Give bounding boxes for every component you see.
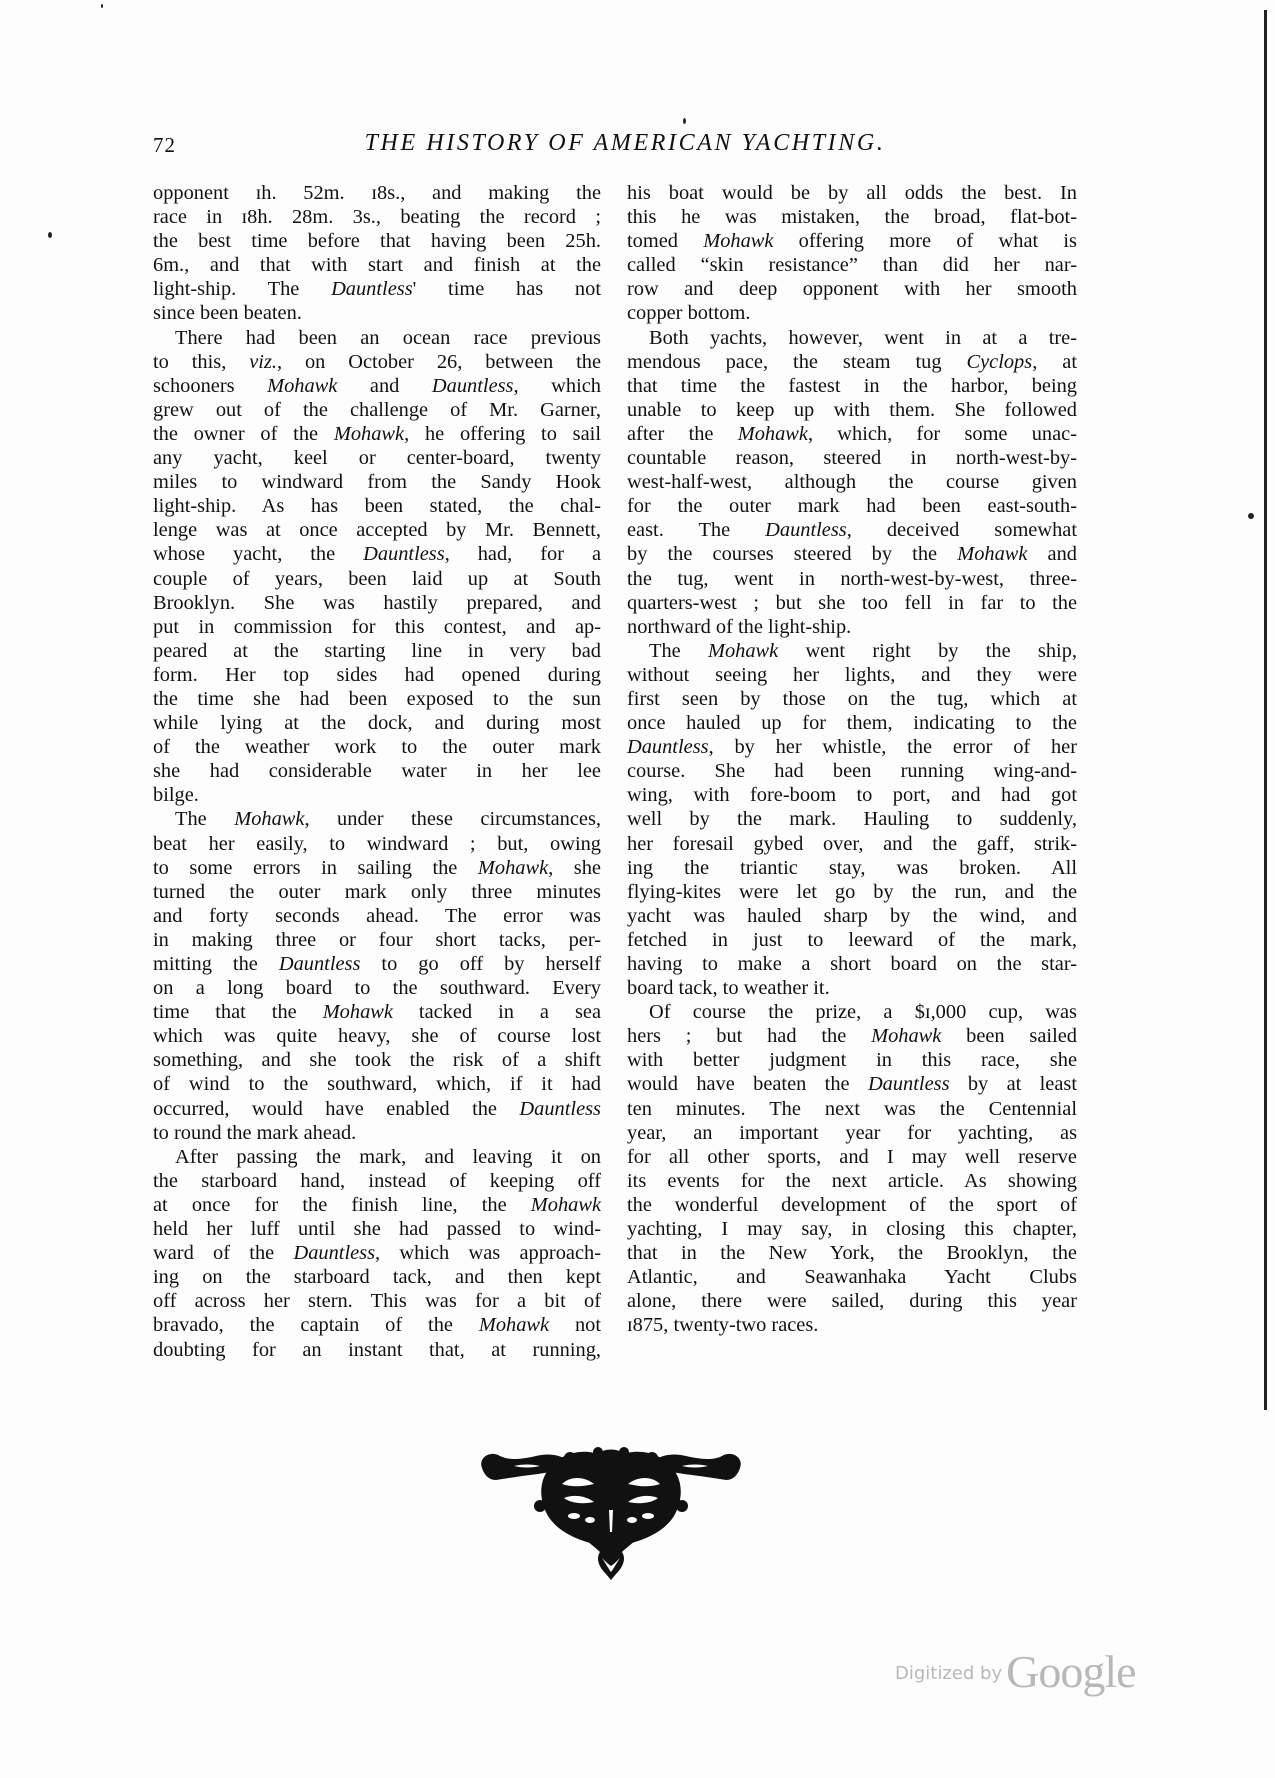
text-line: northward of the light-ship. <box>627 615 1077 639</box>
text-line: on a long board to the southward. Every <box>153 976 601 1000</box>
text-line: held her luff until she had passed to wi… <box>153 1217 601 1241</box>
text-line: with better judgment in this race, she <box>627 1048 1077 1072</box>
text-line: After passing the mark, and leaving it o… <box>153 1145 601 1169</box>
text-line: doubting for an instant that, at running… <box>153 1338 601 1362</box>
italic-name: Mohawk <box>323 1001 393 1023</box>
text-line: Dauntless, by her whistle, the error of … <box>627 735 1077 759</box>
text-line: wing, with fore-boom to port, and had go… <box>627 783 1077 807</box>
text-line: the time she had been exposed to the sun <box>153 687 601 711</box>
italic-name: Mohawk <box>334 423 404 445</box>
text-line: for the outer mark had been east-south- <box>627 494 1077 518</box>
text-line: without seeing her lights, and they were <box>627 663 1077 687</box>
text-line: ɪ875, twenty-two races. <box>627 1313 1077 1337</box>
text-line: west-half-west, although the course give… <box>627 470 1077 494</box>
text-line: since been beaten. <box>153 301 601 325</box>
text-line: would have beaten the Dauntless by at le… <box>627 1072 1077 1096</box>
text-line: while lying at the dock, and during most <box>153 711 601 735</box>
text-line: this he was mistaken, the broad, flat-bo… <box>627 205 1077 229</box>
text-line: her foresail gybed over, and the gaff, s… <box>627 832 1077 856</box>
italic-name: Dauntless <box>432 375 514 397</box>
italic-name: Dauntless <box>868 1073 950 1095</box>
text-line: to round the mark ahead. <box>153 1121 601 1145</box>
text-line: light-ship. The Dauntless' time has not <box>153 277 601 301</box>
scan-edge-line <box>1264 10 1267 1410</box>
text-line: peared at the starting line in very bad <box>153 639 601 663</box>
text-line: form. Her top sides had opened during <box>153 663 601 687</box>
text-column-left: opponent ɪh. 52m. ɪ8s., and making thera… <box>153 181 601 1362</box>
text-column-right: his boat would be by all odds the best. … <box>627 181 1077 1338</box>
text-line: ing the triantic stay, was broken. All <box>627 856 1077 880</box>
text-line: ten minutes. The next was the Centennial <box>627 1097 1077 1121</box>
text-line: board tack, to weather it. <box>627 976 1077 1000</box>
text-line: something, and she took the risk of a sh… <box>153 1048 601 1072</box>
text-line: the tug, went in north-west-by-west, thr… <box>627 567 1077 591</box>
italic-name: Dauntless <box>765 519 847 541</box>
text-line: yacht was hauled sharp by the wind, and <box>627 904 1077 928</box>
text-line: its events for the next article. As show… <box>627 1169 1077 1193</box>
italic-name: Dauntless <box>331 278 413 300</box>
italic-name: viz. <box>249 351 277 373</box>
text-line: Brooklyn. She was hastily prepared, and <box>153 591 601 615</box>
text-line: time that the Mohawk tacked in a sea <box>153 1000 601 1024</box>
italic-name: Mohawk <box>708 640 778 662</box>
digitized-by-google-watermark: Digitized by Google <box>895 1645 1136 1698</box>
italic-name: Mohawk <box>871 1025 941 1047</box>
text-line: Atlantic, and Seawanhaka Yacht Clubs <box>627 1265 1077 1289</box>
text-line: having to make a short board on the star… <box>627 952 1077 976</box>
text-line: once hauled up for them, indicating to t… <box>627 711 1077 735</box>
text-line: quarters-west ; but she too fell in far … <box>627 591 1077 615</box>
text-line: off across her stern. This was for a bit… <box>153 1289 601 1313</box>
watermark-prefix: Digitized by <box>895 1663 1002 1684</box>
scan-speck <box>683 118 686 124</box>
text-line: course. She had been running wing-and- <box>627 759 1077 783</box>
text-line: of wind to the southward, which, if it h… <box>153 1072 601 1096</box>
italic-name: Dauntless <box>363 543 445 565</box>
italic-name: Dauntless <box>293 1242 375 1264</box>
scan-speck <box>101 4 103 8</box>
text-line: alone, there were sailed, during this ye… <box>627 1289 1077 1313</box>
text-line: mendous pace, the steam tug Cyclops, at <box>627 350 1077 374</box>
text-line: that time the fastest in the harbor, bei… <box>627 374 1077 398</box>
text-line: There had been an ocean race previous <box>153 326 601 350</box>
text-line: Of course the prize, a $ɪ,000 cup, was <box>627 1000 1077 1024</box>
text-line: for all other sports, and I may well res… <box>627 1145 1077 1169</box>
italic-name: Dauntless <box>279 953 361 975</box>
text-line: lenge was at once accepted by Mr. Bennet… <box>153 518 601 542</box>
text-line: occurred, would have enabled the Dauntle… <box>153 1097 601 1121</box>
italic-name: Dauntless <box>627 736 709 758</box>
text-line: The Mohawk went right by the ship, <box>627 639 1077 663</box>
text-line: at once for the finish line, the Mohawk <box>153 1193 601 1217</box>
text-line: the best time before that having been 25… <box>153 229 601 253</box>
text-line: light-ship. As has been stated, the chal… <box>153 494 601 518</box>
text-line: grew out of the challenge of Mr. Garner, <box>153 398 601 422</box>
text-line: that in the New York, the Brooklyn, the <box>627 1241 1077 1265</box>
text-line: called “skin resistance” than did her na… <box>627 253 1077 277</box>
text-line: and forty seconds ahead. The error was <box>153 904 601 928</box>
text-line: copper bottom. <box>627 301 1077 325</box>
page-number: 72 <box>153 133 176 158</box>
text-line: tomed Mohawk offering more of what is <box>627 229 1077 253</box>
text-line: whose yacht, the Dauntless, had, for a <box>153 542 601 566</box>
italic-name: Mohawk <box>531 1194 601 1216</box>
text-line: after the Mohawk, which, for some unac- <box>627 422 1077 446</box>
text-line: The Mohawk, under these circumstances, <box>153 807 601 831</box>
text-line: put in commission for this contest, and … <box>153 615 601 639</box>
text-line: east. The Dauntless, deceived somewhat <box>627 518 1077 542</box>
text-line: bravado, the captain of the Mohawk not <box>153 1313 601 1337</box>
text-line: the starboard hand, instead of keeping o… <box>153 1169 601 1193</box>
text-line: miles to windward from the Sandy Hook <box>153 470 601 494</box>
text-line: mitting the Dauntless to go off by herse… <box>153 952 601 976</box>
text-line: year, an important year for yachting, as <box>627 1121 1077 1145</box>
italic-name: Cyclops <box>967 351 1033 373</box>
text-line: by the courses steered by the Mohawk and <box>627 542 1077 566</box>
text-line: opponent ɪh. 52m. ɪ8s., and making the <box>153 181 601 205</box>
text-line: unable to keep up with them. She followe… <box>627 398 1077 422</box>
italic-name: Mohawk <box>478 857 548 879</box>
text-line: to this, viz., on October 26, between th… <box>153 350 601 374</box>
italic-name: Dauntless <box>519 1098 601 1120</box>
text-line: ing on the starboard tack, and then kept <box>153 1265 601 1289</box>
text-line: to some errors in sailing the Mohawk, sh… <box>153 856 601 880</box>
text-line: the wonderful development of the sport o… <box>627 1193 1077 1217</box>
text-line: which was quite heavy, she of course los… <box>153 1024 601 1048</box>
text-line: ward of the Dauntless, which was approac… <box>153 1241 601 1265</box>
text-line: schooners Mohawk and Dauntless, which <box>153 374 601 398</box>
text-line: flying-kites were let go by the run, and… <box>627 880 1077 904</box>
text-line: bilge. <box>153 783 601 807</box>
running-title: THE HISTORY OF AMERICAN YACHTING. <box>300 130 950 157</box>
italic-name: Mohawk <box>234 808 304 830</box>
text-line: any yacht, keel or center-board, twenty <box>153 446 601 470</box>
text-line: fetched in just to leeward of the mark, <box>627 928 1077 952</box>
tailpiece-ornament-icon <box>478 1440 744 1580</box>
text-line: Both yachts, however, went in at a tre- <box>627 326 1077 350</box>
text-line: well by the mark. Hauling to suddenly, <box>627 807 1077 831</box>
text-line: of the weather work to the outer mark <box>153 735 601 759</box>
scan-speck <box>48 232 52 238</box>
text-line: yachting, I may say, in closing this cha… <box>627 1217 1077 1241</box>
italic-name: Mohawk <box>479 1314 549 1336</box>
text-line: race in ɪ8h. 28m. 3s., beating the recor… <box>153 205 601 229</box>
text-line: his boat would be by all odds the best. … <box>627 181 1077 205</box>
watermark-brand: Google <box>1006 1646 1135 1697</box>
text-line: row and deep opponent with her smooth <box>627 277 1077 301</box>
text-line: countable reason, steered in north-west-… <box>627 446 1077 470</box>
italic-name: Mohawk <box>957 543 1027 565</box>
italic-name: Mohawk <box>267 375 337 397</box>
text-line: hers ; but had the Mohawk been sailed <box>627 1024 1077 1048</box>
text-line: beat her easily, to windward ; but, owin… <box>153 832 601 856</box>
scan-speck <box>1248 513 1254 519</box>
italic-name: Mohawk <box>738 423 808 445</box>
text-line: first seen by those on the tug, which at <box>627 687 1077 711</box>
text-line: the owner of the Mohawk, he offering to … <box>153 422 601 446</box>
text-line: in making three or four short tacks, per… <box>153 928 601 952</box>
italic-name: Mohawk <box>703 230 773 252</box>
text-line: couple of years, been laid up at South <box>153 567 601 591</box>
text-line: she had considerable water in her lee <box>153 759 601 783</box>
text-line: turned the outer mark only three minutes <box>153 880 601 904</box>
text-line: 6m., and that with start and finish at t… <box>153 253 601 277</box>
